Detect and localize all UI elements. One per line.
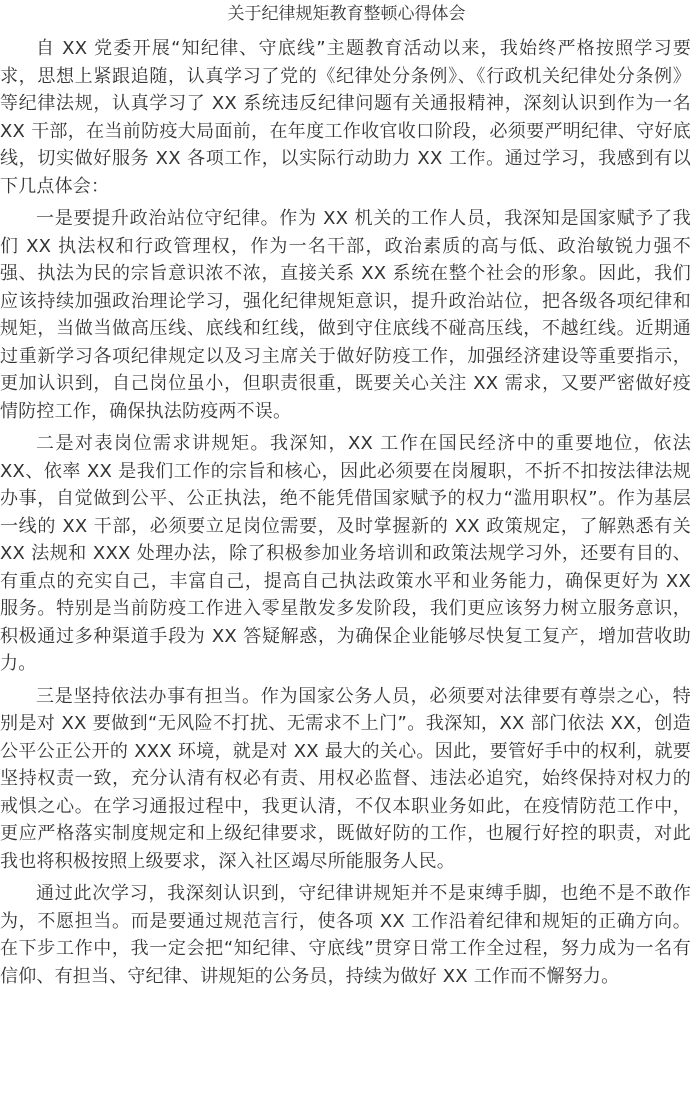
- paragraph-conclusion: 通过此次学习，我深刻认识到，守纪律讲规矩并不是束缚手脚，也绝不是不敢作为，不愿担…: [0, 880, 693, 990]
- paragraph-intro: 自 XX 党委开展“知纪律、守底线”主题教育活动以来，我始终严格按照学习要求，思…: [0, 35, 693, 200]
- paragraph-point-two: 二是对表岗位需求讲规矩。我深知，XX 工作在国民经济中的重要地位，依法 XX、依…: [0, 430, 693, 678]
- document-title: 关于纪律规矩教育整顿心得体会: [0, 2, 693, 26]
- paragraph-point-one: 一是要提升政治站位守纪律。作为 XX 机关的工作人员，我深知是国家赋予了我们 X…: [0, 205, 693, 425]
- document: 关于纪律规矩教育整顿心得体会 自 XX 党委开展“知纪律、守底线”主题教育活动以…: [0, 2, 693, 990]
- paragraph-point-three: 三是坚持依法办事有担当。作为国家公务人员，必须要对法律要有尊崇之心，特别是对 X…: [0, 683, 693, 876]
